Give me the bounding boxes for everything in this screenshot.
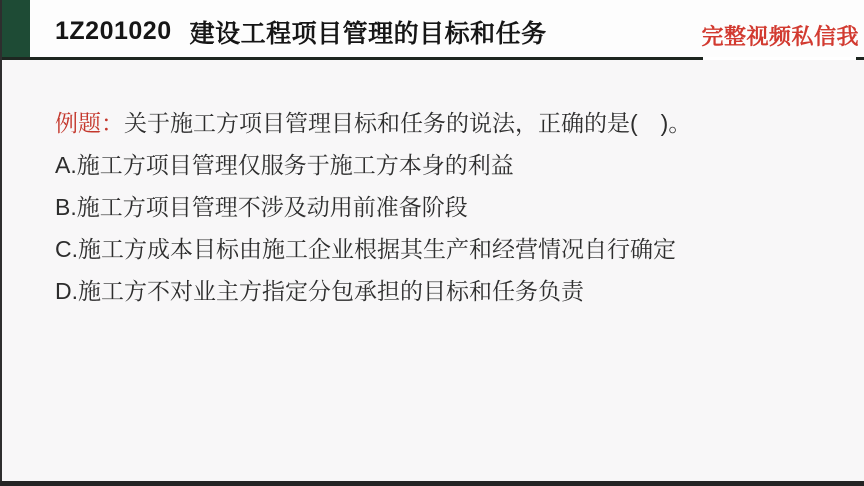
bottom-letterbox-bar — [0, 481, 864, 486]
section-title: 建设工程项目管理的目标和任务 — [190, 14, 547, 50]
header-underline — [0, 57, 703, 60]
video-frame: 1Z201020 建设工程项目管理的目标和任务 完整视频私信我 例题：关于施工方… — [0, 0, 864, 486]
header-underline-fragment — [856, 57, 864, 60]
option-d: D.施工方不对业主方指定分包承担的目标和任务负责 — [55, 280, 834, 303]
option-c: C.施工方成本目标由施工企业根据其生产和经营情况自行确定 — [55, 238, 834, 261]
section-code: 1Z201020 — [55, 17, 172, 46]
left-frame-edge — [0, 0, 2, 486]
page-title: 1Z201020 建设工程项目管理的目标和任务 — [55, 0, 547, 57]
promo-overlay-text: 完整视频私信我 — [701, 20, 859, 51]
option-a: A.施工方项目管理仅服务于施工方本身的利益 — [55, 154, 834, 177]
question-label: 例题： — [55, 110, 124, 136]
green-accent-block — [0, 0, 30, 57]
question-text: 关于施工方项目管理目标和任务的说法，正确的是( )。 — [124, 110, 691, 136]
slide-header: 1Z201020 建设工程项目管理的目标和任务 完整视频私信我 — [0, 0, 864, 57]
slide-content: 例题：关于施工方项目管理目标和任务的说法，正确的是( )。 A.施工方项目管理仅… — [2, 60, 864, 481]
option-b: B.施工方项目管理不涉及动用前准备阶段 — [55, 196, 834, 219]
question-stem: 例题：关于施工方项目管理目标和任务的说法，正确的是( )。 — [55, 112, 834, 135]
